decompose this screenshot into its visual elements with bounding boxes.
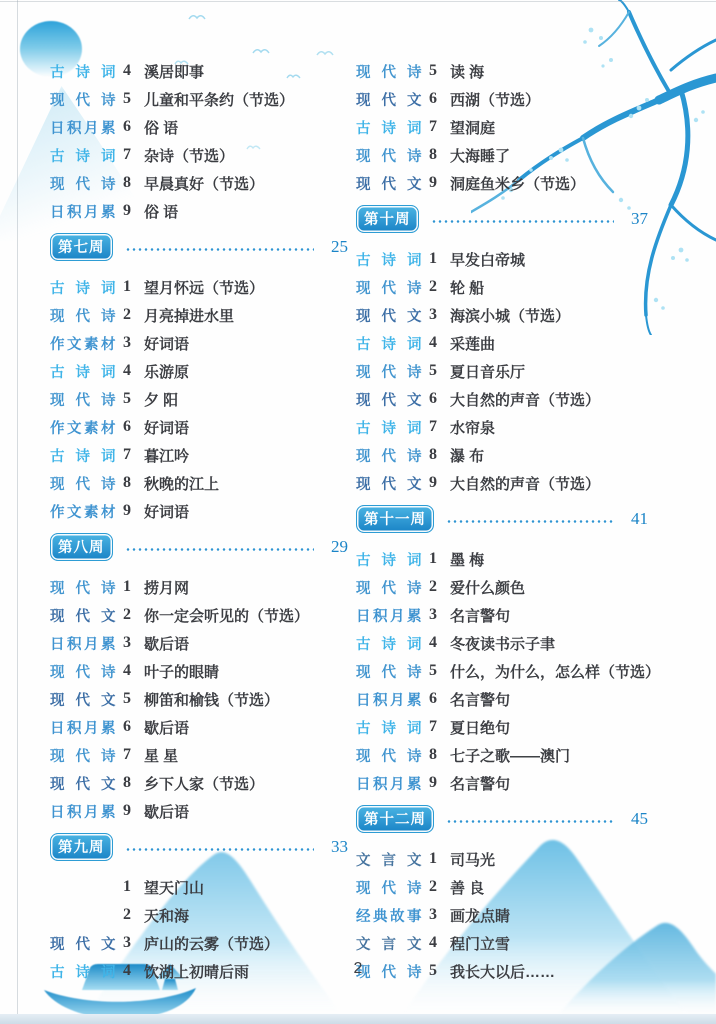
entry-number: 1 — [118, 278, 136, 296]
entry-title: 爱什么颜色 — [450, 577, 525, 598]
category-label: 现代诗 — [356, 361, 422, 382]
toc-entry: 古诗词7水帘泉 — [356, 413, 648, 441]
entry-title: 望洞庭 — [450, 117, 495, 138]
category-label: 日积月累 — [50, 633, 116, 654]
category-label: 日积月累 — [50, 117, 116, 138]
toc-entry: 现代诗8大海睡了 — [356, 141, 648, 169]
category-label: 古诗词 — [356, 333, 422, 354]
section-page-number: 33 — [322, 837, 348, 857]
entry-number: 2 — [424, 878, 442, 896]
toc-entry: 日积月累6俗 语 — [50, 113, 348, 141]
section-header: 第十周37 — [356, 206, 648, 232]
entry-title: 乐游原 — [144, 361, 189, 382]
entry-title: 饮湖上初晴后雨 — [144, 961, 249, 982]
entry-number: 6 — [424, 390, 442, 408]
entry-number: 2 — [118, 906, 136, 924]
category-label: 文言文 — [356, 849, 422, 870]
entry-number: 4 — [118, 962, 136, 980]
section-header: 第七周25 — [50, 234, 348, 260]
entry-title: 夕 阳 — [144, 389, 178, 410]
week-badge: 第七周 — [50, 233, 113, 261]
entry-number: 9 — [118, 502, 136, 520]
entry-title: 好词语 — [144, 417, 189, 438]
category-label: 现代诗 — [50, 473, 116, 494]
toc-entry: 现代诗2月亮掉进水里 — [50, 301, 348, 329]
toc-entry: 现代文9洞庭鱼米乡（节选） — [356, 169, 648, 197]
category-label: 现代诗 — [356, 877, 422, 898]
category-label: 古诗词 — [50, 361, 116, 382]
footer-strip — [0, 1014, 716, 1024]
entry-title: 什么，为什么，怎么样（节选） — [450, 661, 660, 682]
entry-title: 秋晚的江上 — [144, 473, 219, 494]
toc-entry: 现代诗5儿童和平条约（节选） — [50, 85, 348, 113]
entry-number: 5 — [118, 390, 136, 408]
category-label: 现代文 — [356, 389, 422, 410]
entry-title: 名言警句 — [450, 605, 510, 626]
category-label: 作文素材 — [50, 501, 116, 522]
section-header: 第九周33 — [50, 834, 348, 860]
toc-entry: 文言文4程门立雪 — [356, 929, 648, 957]
toc-entry: 现代诗7星 星 — [50, 741, 348, 769]
entry-number: 1 — [118, 578, 136, 596]
toc-entry: 作文素材9好词语 — [50, 497, 348, 525]
toc-entry: 现代诗4叶子的眼睛 — [50, 657, 348, 685]
entry-number: 1 — [424, 850, 442, 868]
entry-title: 月亮掉进水里 — [144, 305, 234, 326]
toc-column-left: 古诗词4溪居即事现代诗5儿童和平条约（节选）日积月累6俗 语古诗词7杂诗（节选）… — [50, 57, 348, 985]
category-label: 古诗词 — [356, 117, 422, 138]
toc-entry: 现代诗5夏日音乐厅 — [356, 357, 648, 385]
category-label: 现代诗 — [50, 661, 116, 682]
entry-number: 2 — [424, 578, 442, 596]
entry-number: 3 — [118, 334, 136, 352]
toc-entry: 现代诗5读 海 — [356, 57, 648, 85]
toc-entry: 古诗词1墨 梅 — [356, 545, 648, 573]
entry-title: 俗 语 — [144, 117, 178, 138]
dotted-leader — [431, 220, 615, 223]
entry-title: 司马光 — [450, 849, 495, 870]
entry-title: 捞月网 — [144, 577, 189, 598]
category-label: 现代诗 — [50, 173, 116, 194]
entry-title: 冬夜读书示子聿 — [450, 633, 555, 654]
entry-number: 4 — [118, 362, 136, 380]
toc-entry: 日积月累9名言警句 — [356, 769, 648, 797]
toc-entry: 文言文1司马光 — [356, 845, 648, 873]
entry-number: 3 — [424, 306, 442, 324]
entry-number: 3 — [424, 606, 442, 624]
section-header: 第十一周41 — [356, 506, 648, 532]
toc-entry: 现代文2你一定会听见的（节选） — [50, 601, 348, 629]
entry-title: 歇后语 — [144, 717, 189, 738]
toc-entry: 现代诗2爱什么颜色 — [356, 573, 648, 601]
section-page-number: 41 — [622, 509, 648, 529]
entry-number: 5 — [118, 690, 136, 708]
entry-title: 采莲曲 — [450, 333, 495, 354]
entry-title: 名言警句 — [450, 773, 510, 794]
category-label: 现代诗 — [356, 445, 422, 466]
entry-number: 9 — [424, 774, 442, 792]
week-badge: 第九周 — [50, 833, 113, 861]
entry-number: 6 — [118, 418, 136, 436]
entry-number: 5 — [424, 62, 442, 80]
toc-entry: 古诗词1望月怀远（节选） — [50, 273, 348, 301]
entry-number: 1 — [424, 550, 442, 568]
category-label: 日积月累 — [50, 717, 116, 738]
entry-title: 柳笛和榆钱（节选） — [144, 689, 279, 710]
entry-title: 望天门山 — [144, 877, 204, 898]
week-badge: 第十一周 — [356, 505, 434, 533]
toc-page: 古诗词4溪居即事现代诗5儿童和平条约（节选）日积月累6俗 语古诗词7杂诗（节选）… — [0, 0, 716, 1024]
entry-title: 好词语 — [144, 501, 189, 522]
entry-number: 1 — [118, 878, 136, 896]
entry-number: 5 — [424, 362, 442, 380]
entry-title: 歇后语 — [144, 801, 189, 822]
category-label: 古诗词 — [50, 145, 116, 166]
toc-entry: 作文素材3好词语 — [50, 329, 348, 357]
entry-title: 画龙点睛 — [450, 905, 510, 926]
dotted-leader — [446, 820, 614, 823]
toc-entry: 现代文3海滨小城（节选） — [356, 301, 648, 329]
dotted-leader — [125, 248, 315, 251]
dotted-leader — [125, 548, 315, 551]
entry-title: 星 星 — [144, 745, 178, 766]
entry-number: 4 — [118, 62, 136, 80]
category-label: 古诗词 — [356, 633, 422, 654]
scan-edge-line — [0, 1, 716, 2]
entry-title: 夏日音乐厅 — [450, 361, 525, 382]
toc-entry: 作文素材6好词语 — [50, 413, 348, 441]
category-label: 作文素材 — [50, 333, 116, 354]
toc-entry: 现代诗8瀑 布 — [356, 441, 648, 469]
entry-number: 4 — [424, 634, 442, 652]
bird-icon — [252, 46, 270, 54]
entry-number: 7 — [424, 118, 442, 136]
entry-number: 8 — [118, 174, 136, 192]
toc-entry: 现代诗8七子之歌——澳门 — [356, 741, 648, 769]
category-label: 现代文 — [356, 173, 422, 194]
category-label: 日积月累 — [50, 201, 116, 222]
category-label: 现代文 — [50, 605, 116, 626]
entry-number: 5 — [118, 90, 136, 108]
entry-number: 6 — [118, 718, 136, 736]
entry-number: 7 — [118, 146, 136, 164]
entry-number: 9 — [424, 174, 442, 192]
entry-number: 7 — [118, 746, 136, 764]
section-page-number: 25 — [322, 237, 348, 257]
category-label: 古诗词 — [356, 417, 422, 438]
category-label: 现代诗 — [50, 745, 116, 766]
section-header: 第八周29 — [50, 534, 348, 560]
toc-entry: 现代诗8秋晚的江上 — [50, 469, 348, 497]
entry-number: 4 — [424, 334, 442, 352]
entry-title: 洞庭鱼米乡（节选） — [450, 173, 585, 194]
entry-number: 8 — [118, 774, 136, 792]
category-label: 日积月累 — [356, 605, 422, 626]
toc-entry: 现代文9大自然的声音（节选） — [356, 469, 648, 497]
toc-entry: 2天和海 — [50, 901, 348, 929]
toc-entry: 日积月累9俗 语 — [50, 197, 348, 225]
category-label: 现代诗 — [356, 61, 422, 82]
entry-number: 1 — [424, 250, 442, 268]
entry-title: 读 海 — [450, 61, 484, 82]
bird-icon — [188, 12, 206, 20]
entry-number: 7 — [424, 718, 442, 736]
category-label: 现代文 — [50, 689, 116, 710]
category-label: 古诗词 — [50, 61, 116, 82]
entry-title: 大自然的声音（节选） — [450, 389, 600, 410]
entry-title: 暮江吟 — [144, 445, 189, 466]
entry-number: 6 — [424, 690, 442, 708]
toc-entry: 古诗词4饮湖上初晴后雨 — [50, 957, 348, 985]
entry-title: 程门立雪 — [450, 933, 510, 954]
entry-number: 5 — [424, 662, 442, 680]
toc-entry: 古诗词7夏日绝句 — [356, 713, 648, 741]
entry-number: 2 — [424, 278, 442, 296]
entry-number: 9 — [118, 802, 136, 820]
dotted-leader — [446, 520, 614, 523]
entry-number: 3 — [118, 934, 136, 952]
entry-title: 溪居即事 — [144, 61, 204, 82]
entry-number: 2 — [118, 306, 136, 324]
entry-title: 早晨真好（节选） — [144, 173, 264, 194]
entry-number: 8 — [424, 446, 442, 464]
category-label: 现代诗 — [50, 305, 116, 326]
entry-title: 歇后语 — [144, 633, 189, 654]
entry-title: 叶子的眼睛 — [144, 661, 219, 682]
entry-number: 4 — [424, 934, 442, 952]
entry-number: 8 — [424, 746, 442, 764]
entry-title: 你一定会听见的（节选） — [144, 605, 309, 626]
entry-title: 西湖（节选） — [450, 89, 540, 110]
category-label: 现代诗 — [50, 389, 116, 410]
week-badge: 第十周 — [356, 205, 419, 233]
entry-title: 海滨小城（节选） — [450, 305, 570, 326]
entry-number: 7 — [424, 418, 442, 436]
toc-entry: 现代诗5我长大以后…… — [356, 957, 648, 985]
page-number: 2 — [338, 960, 378, 978]
category-label: 现代文 — [356, 305, 422, 326]
entry-title: 庐山的云雾（节选） — [144, 933, 279, 954]
category-label: 现代文 — [356, 473, 422, 494]
category-label: 日积月累 — [356, 773, 422, 794]
section-header: 第十二周45 — [356, 806, 648, 832]
entry-title: 儿童和平条约（节选） — [144, 89, 294, 110]
toc-entry: 日积月累6名言警句 — [356, 685, 648, 713]
category-label: 现代诗 — [50, 89, 116, 110]
toc-entry: 古诗词1早发白帝城 — [356, 245, 648, 273]
week-badge: 第八周 — [50, 533, 113, 561]
category-label: 日积月累 — [356, 689, 422, 710]
toc-entry: 现代诗5夕 阳 — [50, 385, 348, 413]
entry-title: 七子之歌——澳门 — [450, 745, 570, 766]
entry-number: 8 — [118, 474, 136, 492]
entry-number: 3 — [118, 634, 136, 652]
category-label: 古诗词 — [356, 549, 422, 570]
category-label: 经典故事 — [356, 905, 422, 926]
toc-entry: 现代文6西湖（节选） — [356, 85, 648, 113]
week-badge: 第十二周 — [356, 805, 434, 833]
toc-entry: 现代诗2善 良 — [356, 873, 648, 901]
entry-number: 6 — [118, 118, 136, 136]
entry-number: 6 — [424, 90, 442, 108]
toc-entry: 现代文6大自然的声音（节选） — [356, 385, 648, 413]
entry-number: 2 — [118, 606, 136, 624]
entry-title: 轮 船 — [450, 277, 484, 298]
category-label: 古诗词 — [50, 445, 116, 466]
toc-entry: 现代文5柳笛和榆钱（节选） — [50, 685, 348, 713]
toc-entry: 日积月累9歇后语 — [50, 797, 348, 825]
toc-entry: 古诗词4溪居即事 — [50, 57, 348, 85]
category-label: 日积月累 — [50, 801, 116, 822]
entry-title: 乡下人家（节选） — [144, 773, 264, 794]
entry-title: 早发白帝城 — [450, 249, 525, 270]
category-label: 现代诗 — [356, 145, 422, 166]
entry-title: 望月怀远（节选） — [144, 277, 264, 298]
entry-title: 天和海 — [144, 905, 189, 926]
category-label: 现代诗 — [356, 577, 422, 598]
bird-icon — [316, 48, 334, 56]
entry-number: 7 — [118, 446, 136, 464]
category-label: 古诗词 — [356, 249, 422, 270]
entry-number: 5 — [424, 962, 442, 980]
category-label: 现代诗 — [356, 277, 422, 298]
toc-entry: 日积月累3歇后语 — [50, 629, 348, 657]
toc-entry: 古诗词7暮江吟 — [50, 441, 348, 469]
entry-title: 好词语 — [144, 333, 189, 354]
entry-title: 水帘泉 — [450, 417, 495, 438]
toc-entry: 日积月累3名言警句 — [356, 601, 648, 629]
entry-title: 杂诗（节选） — [144, 145, 234, 166]
entry-title: 俗 语 — [144, 201, 178, 222]
toc-entry: 现代诗1捞月网 — [50, 573, 348, 601]
entry-title: 我长大以后…… — [450, 961, 555, 982]
entry-title: 善 良 — [450, 877, 484, 898]
toc-entry: 古诗词4采莲曲 — [356, 329, 648, 357]
entry-title: 夏日绝句 — [450, 717, 510, 738]
section-page-number: 45 — [622, 809, 648, 829]
entry-number: 4 — [118, 662, 136, 680]
category-label: 作文素材 — [50, 417, 116, 438]
toc-entry: 现代文8乡下人家（节选） — [50, 769, 348, 797]
toc-entry: 古诗词4乐游原 — [50, 357, 348, 385]
category-label: 文言文 — [356, 933, 422, 954]
category-label: 现代文 — [50, 773, 116, 794]
section-page-number: 29 — [322, 537, 348, 557]
category-label: 现代诗 — [356, 745, 422, 766]
entry-number: 3 — [424, 906, 442, 924]
scan-edge-line — [17, 0, 18, 1014]
entry-title: 墨 梅 — [450, 549, 484, 570]
toc-entry: 现代诗8早晨真好（节选） — [50, 169, 348, 197]
entry-number: 9 — [118, 202, 136, 220]
category-label: 古诗词 — [50, 961, 116, 982]
category-label: 现代诗 — [356, 661, 422, 682]
entry-title: 大自然的声音（节选） — [450, 473, 600, 494]
dotted-leader — [125, 848, 315, 851]
toc-entry: 古诗词7杂诗（节选） — [50, 141, 348, 169]
entry-title: 瀑 布 — [450, 445, 484, 466]
toc-entry: 古诗词7望洞庭 — [356, 113, 648, 141]
toc-entry: 1望天门山 — [50, 873, 348, 901]
toc-column-right: 现代诗5读 海现代文6西湖（节选）古诗词7望洞庭现代诗8大海睡了现代文9洞庭鱼米… — [356, 57, 648, 985]
category-label: 现代诗 — [50, 577, 116, 598]
section-page-number: 37 — [622, 209, 648, 229]
category-label: 古诗词 — [356, 717, 422, 738]
entry-number: 9 — [424, 474, 442, 492]
entry-title: 大海睡了 — [450, 145, 510, 166]
entry-title: 名言警句 — [450, 689, 510, 710]
toc-entry: 现代诗5什么，为什么，怎么样（节选） — [356, 657, 648, 685]
toc-entry: 现代文3庐山的云雾（节选） — [50, 929, 348, 957]
toc-entry: 古诗词4冬夜读书示子聿 — [356, 629, 648, 657]
entry-number: 8 — [424, 146, 442, 164]
toc-entry: 日积月累6歇后语 — [50, 713, 348, 741]
toc-entry: 现代诗2轮 船 — [356, 273, 648, 301]
category-label: 古诗词 — [50, 277, 116, 298]
category-label: 现代文 — [50, 933, 116, 954]
toc-entry: 经典故事3画龙点睛 — [356, 901, 648, 929]
category-label: 现代文 — [356, 89, 422, 110]
